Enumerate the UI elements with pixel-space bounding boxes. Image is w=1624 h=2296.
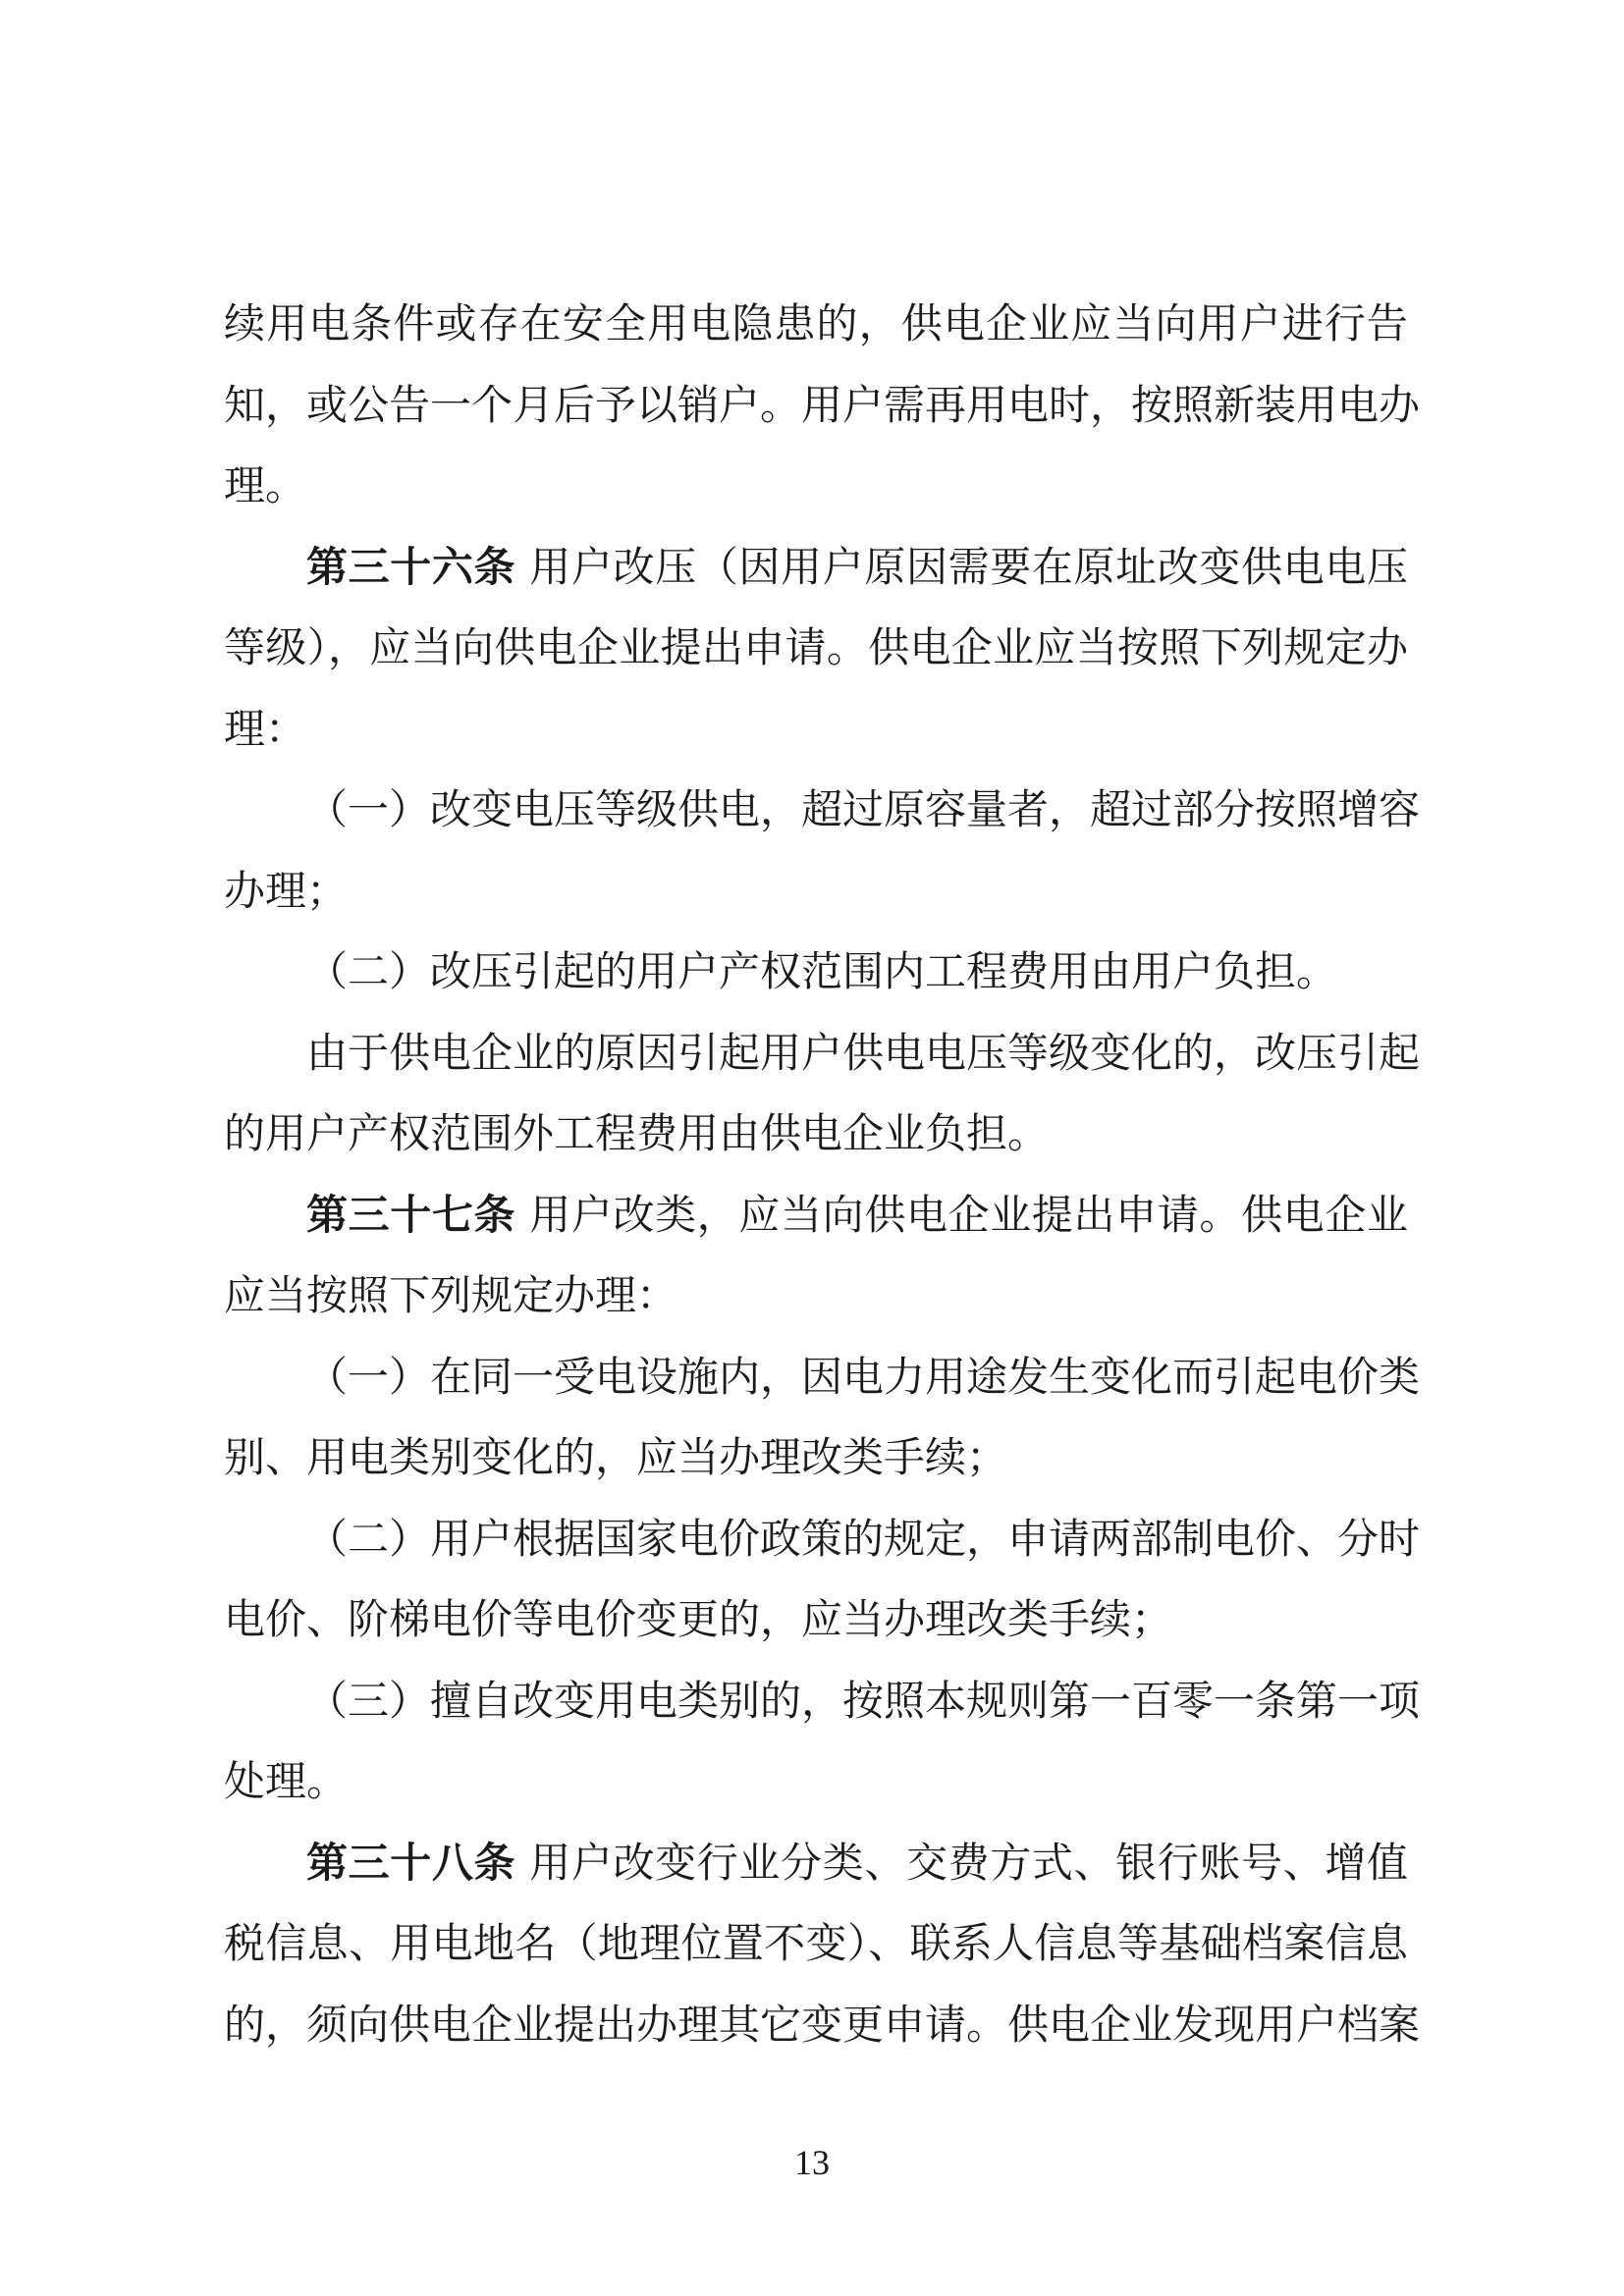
text-line: 等级），应当向供电企业提出申请。供电企业应当按照下列规定办 — [224, 618, 1408, 700]
article-37-item-2: （二）用户根据国家电价政策的规定，申请两部制电价、分时 电价、阶梯电价等电价变更… — [224, 1510, 1408, 1672]
paragraph-continuation: 续用电条件或存在安全用电隐患的，供电企业应当向用户进行告 知，或公告一个月后予以… — [224, 294, 1408, 538]
article-text: 用户改压（因用户原因需要在原址改变供电电压 — [529, 543, 1408, 591]
text-line: 办理； — [224, 862, 1408, 943]
text-line: （二）改压引起的用户产权范围内工程费用由用户负担。 — [224, 942, 1408, 1024]
article-38: 第三十八条用户改变行业分类、交费方式、银行账号、增值 税信息、用电地名（地理位置… — [224, 1834, 1408, 2077]
text-line: 处理。 — [224, 1752, 1408, 1834]
text-line: 第三十六条用户改压（因用户原因需要在原址改变供电电压 — [224, 538, 1408, 619]
article-36-item-1: （一）改变电压等级供电，超过原容量者，超过部分按照增容 办理； — [224, 780, 1408, 942]
text-line: 续用电条件或存在安全用电隐患的，供电企业应当向用户进行告 — [224, 294, 1408, 376]
article-37: 第三十七条用户改类，应当向供电企业提出申请。供电企业 应当按照下列规定办理： — [224, 1186, 1408, 1348]
text-line: 电价、阶梯电价等电价变更的，应当办理改类手续； — [224, 1590, 1408, 1672]
article-number: 第三十八条 — [306, 1839, 515, 1887]
text-line: 第三十七条用户改类，应当向供电企业提出申请。供电企业 — [224, 1186, 1408, 1267]
text-line: 第三十八条用户改变行业分类、交费方式、银行账号、增值 — [224, 1834, 1408, 1915]
article-number: 第三十六条 — [306, 543, 515, 591]
article-number: 第三十七条 — [306, 1191, 515, 1239]
text-line: （三）擅自改变用电类别的，按照本规则第一百零一条第一项 — [224, 1672, 1408, 1753]
page-number: 13 — [0, 2142, 1624, 2183]
text-line: （二）用户根据国家电价政策的规定，申请两部制电价、分时 — [224, 1510, 1408, 1591]
article-36: 第三十六条用户改压（因用户原因需要在原址改变供电电压 等级），应当向供电企业提出… — [224, 538, 1408, 781]
article-37-item-1: （一）在同一受电设施内，因电力用途发生变化而引起电价类 别、用电类别变化的，应当… — [224, 1348, 1408, 1510]
article-text: 用户改变行业分类、交费方式、银行账号、增值 — [529, 1839, 1408, 1887]
text-line: （一）在同一受电设施内，因电力用途发生变化而引起电价类 — [224, 1348, 1408, 1429]
article-36-note: 由于供电企业的原因引起用户供电电压等级变化的，改压引起 的用户产权范围外工程费用… — [224, 1024, 1408, 1186]
text-line: （一）改变电压等级供电，超过原容量者，超过部分按照增容 — [224, 780, 1408, 862]
article-37-item-3: （三）擅自改变用电类别的，按照本规则第一百零一条第一项 处理。 — [224, 1672, 1408, 1834]
text-line: 由于供电企业的原因引起用户供电电压等级变化的，改压引起 — [224, 1024, 1408, 1105]
text-line: 别、用电类别变化的，应当办理改类手续； — [224, 1428, 1408, 1510]
text-line: 理。 — [224, 456, 1408, 538]
text-line: 理： — [224, 700, 1408, 781]
article-36-item-2: （二）改压引起的用户产权范围内工程费用由用户负担。 — [224, 942, 1408, 1024]
document-body: 续用电条件或存在安全用电隐患的，供电企业应当向用户进行告 知，或公告一个月后予以… — [224, 294, 1408, 2076]
article-text: 用户改类，应当向供电企业提出申请。供电企业 — [529, 1191, 1408, 1239]
text-line: 的，须向供电企业提出办理其它变更申请。供电企业发现用户档案 — [224, 1996, 1408, 2077]
text-line: 税信息、用电地名（地理位置不变）、联系人信息等基础档案信息 — [224, 1914, 1408, 1996]
text-line: 的用户产权范围外工程费用由供电企业负担。 — [224, 1104, 1408, 1186]
text-line: 应当按照下列规定办理： — [224, 1266, 1408, 1348]
text-line: 知，或公告一个月后予以销户。用户需再用电时，按照新装用电办 — [224, 376, 1408, 457]
